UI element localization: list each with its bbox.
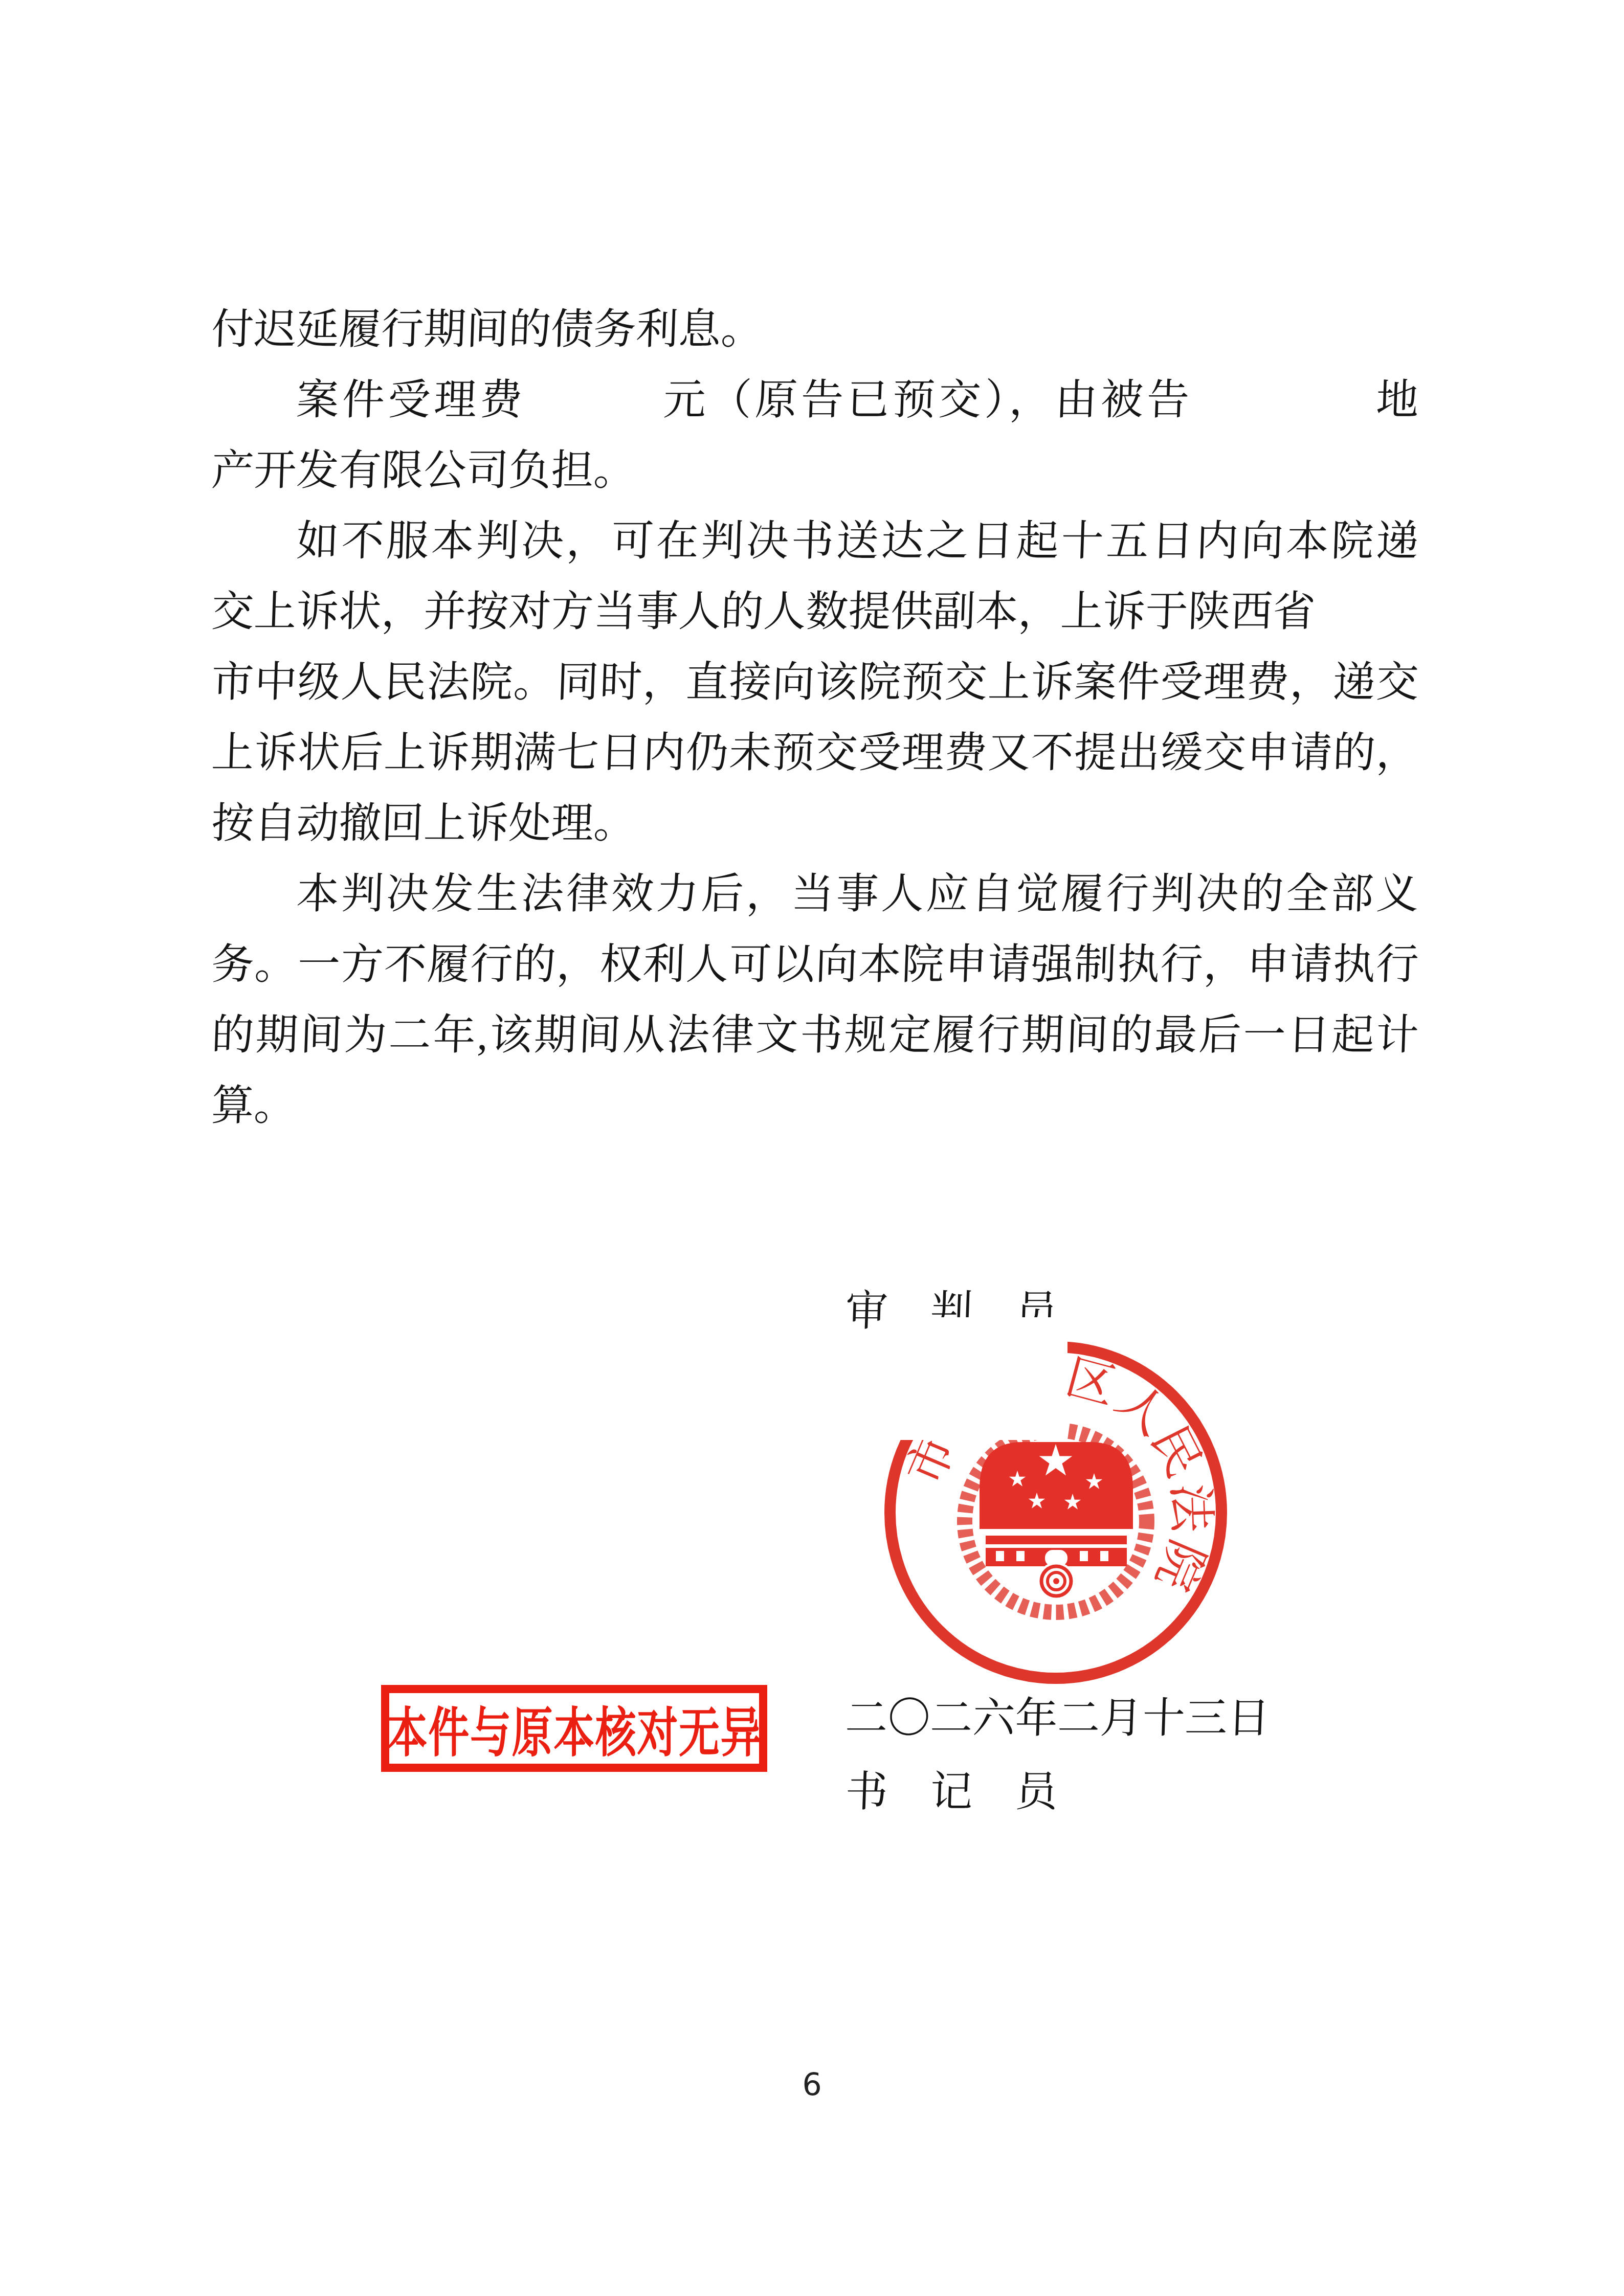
body-line: 案件受理费 元（原告已预交），由被告 地: [210, 365, 1420, 435]
judgment-page: 付迟延履行期间的债务利息。 案件受理费 元（原告已预交），由被告 地 产开发有限…: [0, 0, 1624, 2296]
body-line: 算。: [210, 1070, 1420, 1141]
body-line: 的期间为二年,该期间从法律文书规定履行期间的最后一日起计: [210, 1000, 1420, 1070]
body-line: 本判决发生法律效力后，当事人应自觉履行判决的全部义: [210, 859, 1420, 929]
body-line: 上诉状后上诉期满七日内仍未预交受理费又不提出缓交申请的，: [210, 717, 1420, 788]
body-line: 产开发有限公司负担。: [210, 435, 1420, 506]
redaction-overlay: [887, 1317, 1067, 1440]
national-emblem-icon: [976, 1442, 1137, 1600]
body-line: 付迟延履行期间的债务利息。: [210, 294, 1420, 365]
body-line: 务。一方不履行的，权利人可以向本院申请强制执行，申请执行: [210, 929, 1420, 1000]
body-line: 市中级人民法院。同时，直接向该院预交上诉案件受理费，递交: [210, 647, 1420, 717]
clerk-label: 书 记 员: [844, 1767, 1058, 1816]
page-number: 6: [0, 2067, 1624, 2103]
judgment-body: 付迟延履行期间的债务利息。 案件受理费 元（原告已预交），由被告 地 产开发有限…: [210, 294, 1417, 1141]
body-line: 如不服本判决，可在判决书送达之日起十五日内向本院递: [210, 506, 1420, 576]
body-line: 按自动撤回上诉处理。: [210, 788, 1420, 859]
verification-stamp-text: 本件与原本核对无异: [386, 1690, 762, 1767]
verification-stamp: 本件与原本核对无异: [381, 1685, 767, 1772]
seal-char: 法: [1163, 1482, 1218, 1534]
seal-char: 区: [1060, 1350, 1121, 1415]
body-line: 交上诉状，并按对方当事人的人数提供副本，上诉于陕西省: [210, 576, 1420, 647]
judgment-date: 二〇二六年二月十三日: [844, 1694, 1271, 1743]
